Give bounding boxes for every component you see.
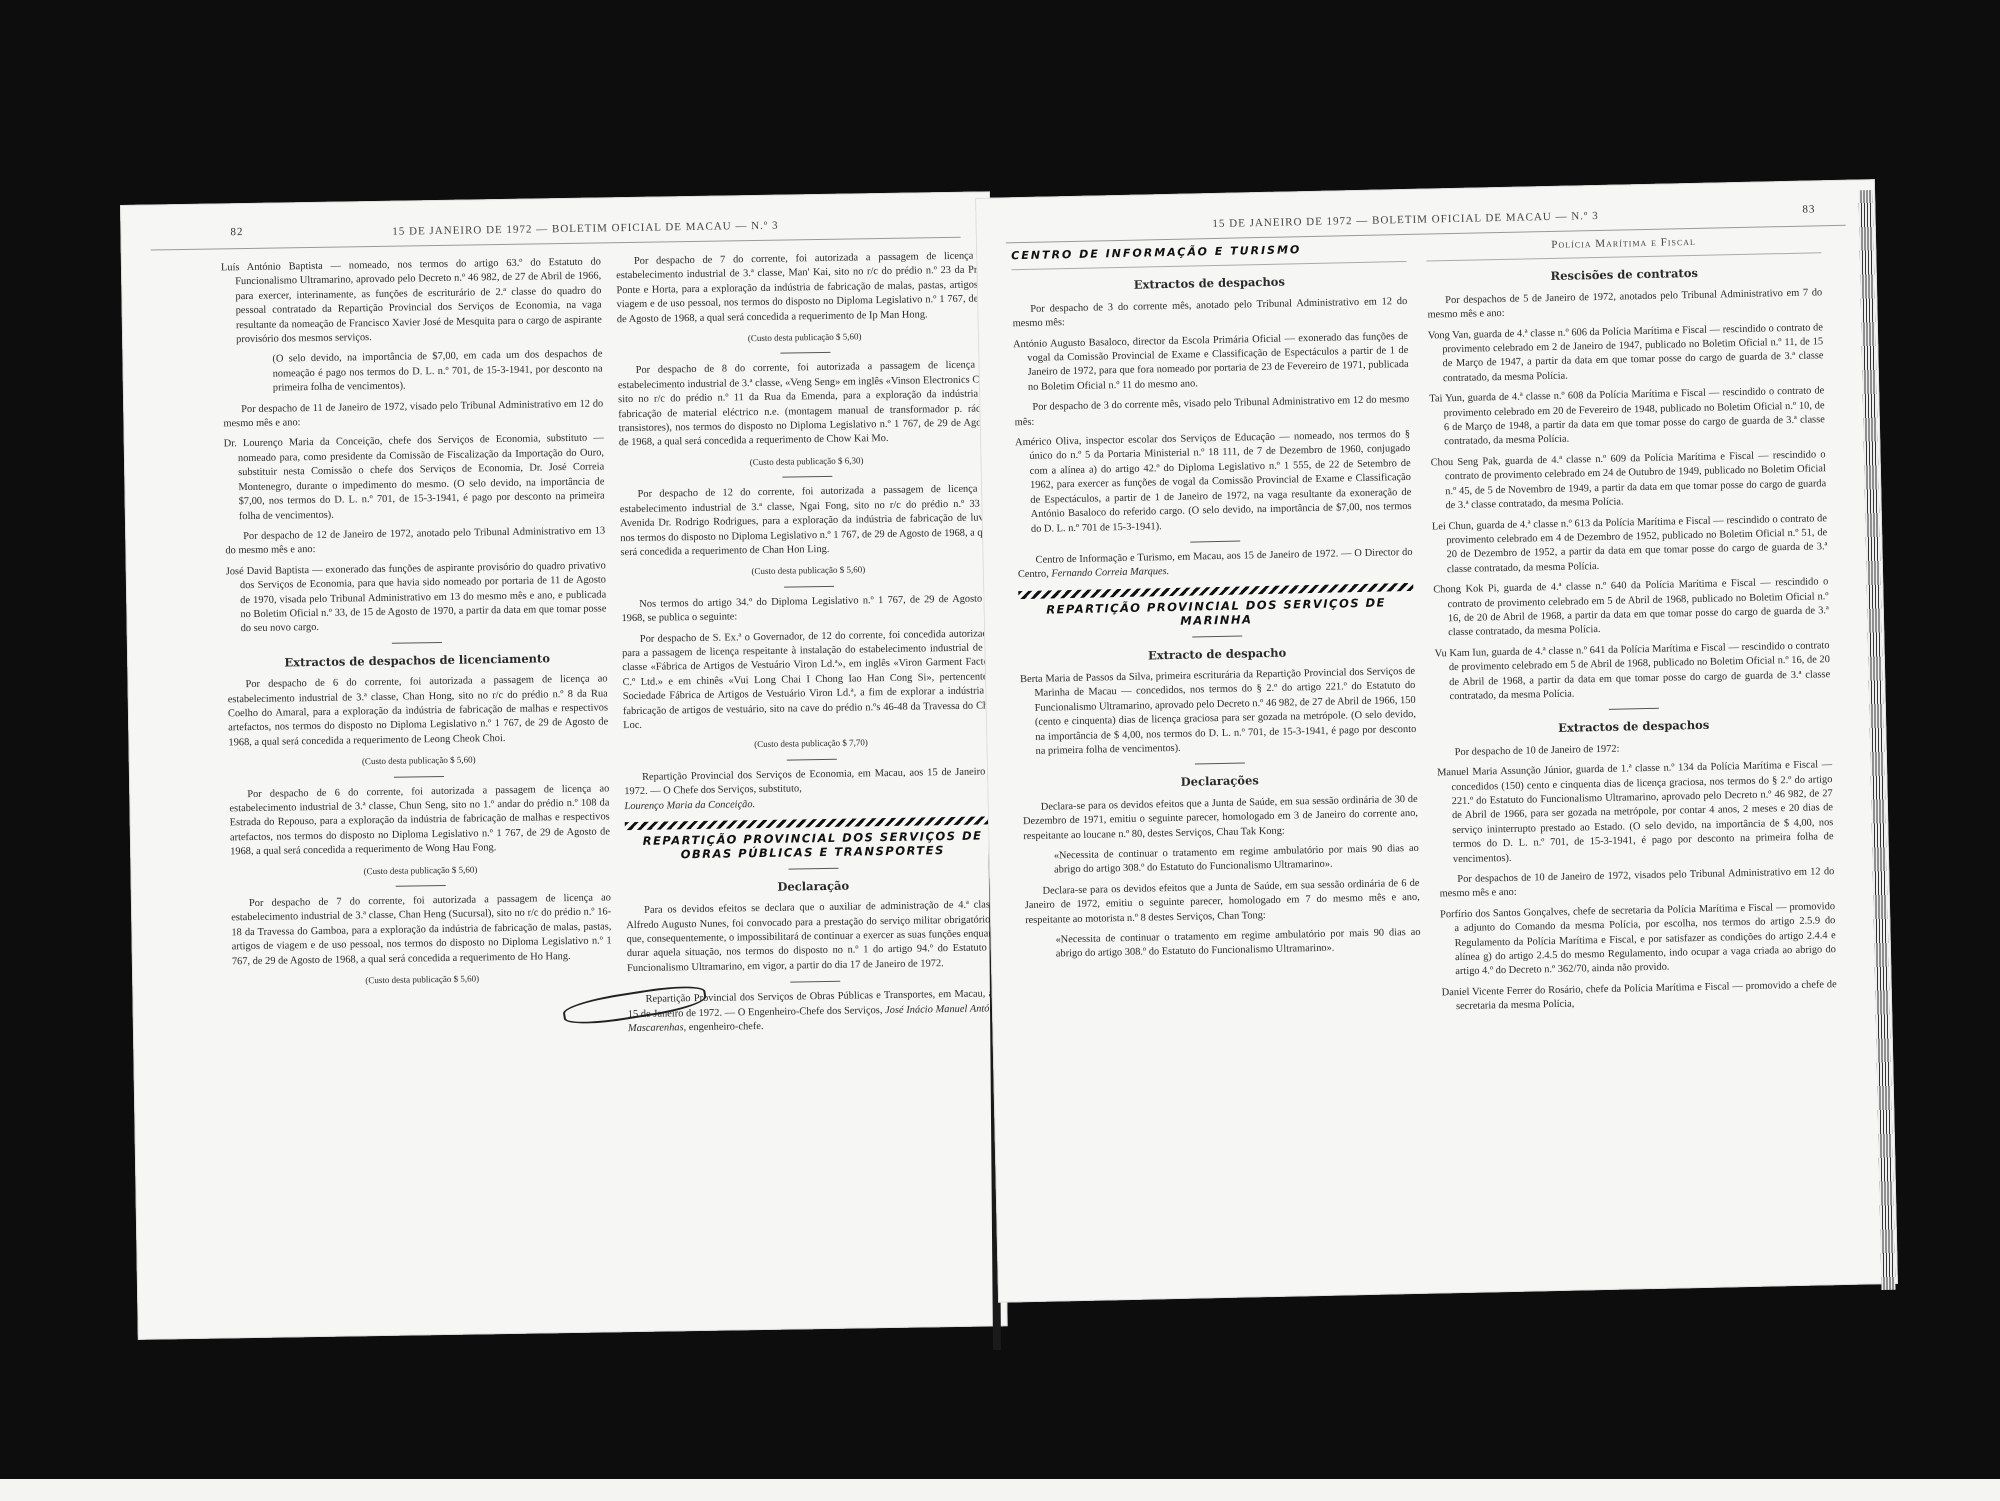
scan-bottom-edge [0,1479,2000,1501]
rule [1426,253,1821,262]
paragraph: José David Baptista — exonerado das funç… [226,559,607,637]
paragraph: Chong Kok Pi, guarda de 4.ª classe n.º 6… [1433,575,1829,641]
right-column-2: Polícia Marítima e Fiscal Rescisões de c… [1426,232,1837,1021]
department-heading: REPARTIÇÃO PROVINCIAL DOS SERVIÇOS DE OB… [625,828,1000,863]
paragraph: Lei Chun, guarda de 4.ª classe n.º 613 d… [1432,512,1828,578]
signature: Fernando Correia Marques. [1051,566,1169,579]
section-heading: Extractos de despachos [1012,272,1407,295]
paragraph: Vu Kam Iun, guarda de 4.ª classe n.º 641… [1435,639,1831,705]
separator [780,352,830,354]
paragraph: Por despacho de 12 de Janeiro de 1972, a… [225,524,605,559]
publication-cost: (Custo desta publicação $ 5,60) [617,327,992,347]
quotation: «Necessita de continuar o tratamento em … [1025,926,1421,963]
paragraph: Chou Seng Pak, guarda de 4.ª classe n.º … [1431,448,1827,514]
paragraph: Por despacho de 6 do corrente, foi autor… [229,782,610,860]
paragraph: Declara-se para os devidos efeitos que a… [1023,793,1419,844]
paragraph: Dr. Lourenço Maria da Conceição, chefe d… [224,432,605,524]
right-column-1: CENTRO DE INFORMAÇÃO E TURISMO Extractos… [1011,241,1421,969]
separator [1194,763,1244,765]
paragraph: Por despachos de 5 de Janeiro de 1972, a… [1427,286,1823,323]
paragraph: Por despacho de 8 do corrente, foi autor… [618,359,994,451]
subsection-heading: Polícia Marítima e Fiscal [1426,232,1821,255]
paragraph: Por despacho de 6 do corrente, foi autor… [227,673,608,751]
signature: Lourenço Maria da Conceição. [624,799,755,812]
publication-cost: (Custo desta publicação $ 5,60) [621,561,996,581]
left-page: 82 15 DE JANEIRO DE 1972 — BOLETIM OFICI… [120,191,1008,1340]
quotation: «Necessita de continuar o tratamento em … [1024,842,1420,879]
paragraph: Por despacho de 7 do corrente, foi autor… [231,891,612,969]
publication-cost: (Custo desta publicação $ 5,60) [229,751,609,771]
separator [784,586,834,588]
department-heading: REPARTIÇÃO PROVINCIAL DOS SERVIÇOS DE MA… [1018,595,1414,632]
right-page: 15 DE JANEIRO DE 1972 — BOLETIM OFICIAL … [975,179,1898,1303]
separator [788,868,838,870]
separator [392,642,442,644]
section-heading: Declaração [626,876,1001,896]
left-running-head: 82 15 DE JANEIRO DE 1972 — BOLETIM OFICI… [120,216,990,230]
section-heading: Extracto de despacho [1019,642,1414,665]
paragraph: Manuel Maria Assunção Júnior, guarda de … [1437,758,1834,867]
left-column-1: Luís António Baptista — nomeado, nos ter… [221,255,613,997]
paragraph: (O selo devido, na importância de $7,00,… [222,348,603,397]
publication-cost: (Custo desta publicação $ 6,30) [619,451,994,471]
section-heading: Declarações [1022,770,1417,793]
paragraph: Vong Van, guarda de 4.ª classe n.º 606 d… [1428,321,1824,387]
right-running-head: 15 DE JANEIRO DE 1972 — BOLETIM OFICIAL … [976,204,1876,223]
separator [1192,635,1242,637]
separator [396,885,446,887]
paragraph: Por despacho de 3 do corrente mês, anota… [1012,295,1408,332]
publication-cost: (Custo desta publicação $ 5,60) [230,860,610,880]
paragraph: Por despacho de S. Ex.ª o Governador, de… [622,627,999,734]
paragraph: Berta Maria de Passos da Silva, primeira… [1020,665,1417,760]
paragraph: Por despacho de 12 do corrente, foi auto… [620,483,996,561]
paragraph: Centro de Informação e Turismo, em Macau… [1017,546,1413,583]
right-page-number: 83 [1802,203,1815,215]
paragraph: Por despacho de 10 de Janeiro de 1972: [1437,738,1832,761]
separator [790,981,840,983]
signature-title: engenheiro-chefe. [689,1021,764,1033]
paragraph: Américo Oliva, inspector escolar dos Ser… [1015,428,1412,537]
section-heading: Rescisões de contratos [1427,264,1822,287]
paragraph: Nos termos do artigo 34.º do Diploma Leg… [621,592,996,627]
paragraph: Por despacho de 7 do corrente, foi autor… [616,249,992,327]
paragraph: Declara-se para os devidos efeitos que a… [1024,877,1420,928]
paragraph: Porfírio dos Santos Gonçalves, chefe de … [1440,900,1836,980]
separator [1608,708,1658,710]
separator [394,776,444,778]
section-heading: Extractos de despachos [1436,716,1831,739]
paragraph: Para os devidos efeitos se declara que o… [626,898,1002,976]
paragraph: António Augusto Basaloco, director da Es… [1013,330,1409,396]
paragraph: Por despacho de 3 do corrente mês, visad… [1014,393,1410,430]
paragraph: Daniel Vicente Ferrer do Rosário, chefe … [1442,978,1838,1015]
department-heading: CENTRO DE INFORMAÇÃO E TURISMO [1011,241,1406,264]
separator [782,476,832,478]
rule [1012,261,1407,270]
paragraph: Luís António Baptista — nomeado, nos ter… [221,255,602,347]
left-column-2: Por despacho de 7 do corrente, foi autor… [616,249,1003,1042]
separator [786,759,836,761]
decorative-border [625,816,1000,830]
paragraph: Tai Yun, guarda de 4.ª classe n.º 608 da… [1429,385,1825,451]
paragraph: Por despachos de 10 de Janeiro de 1972, … [1439,865,1835,902]
separator [1190,540,1240,542]
paragraph: Por despacho de 11 de Janeiro de 1972, v… [223,397,603,432]
right-running-title: 15 DE JANEIRO DE 1972 — BOLETIM OFICIAL … [976,205,1836,235]
publication-cost: (Custo desta publicação $ 7,70) [623,734,998,754]
section-heading: Extractos de despachos de licenciamento [227,650,607,670]
publication-cost: (Custo desta publicação $ 5,60) [232,969,612,989]
